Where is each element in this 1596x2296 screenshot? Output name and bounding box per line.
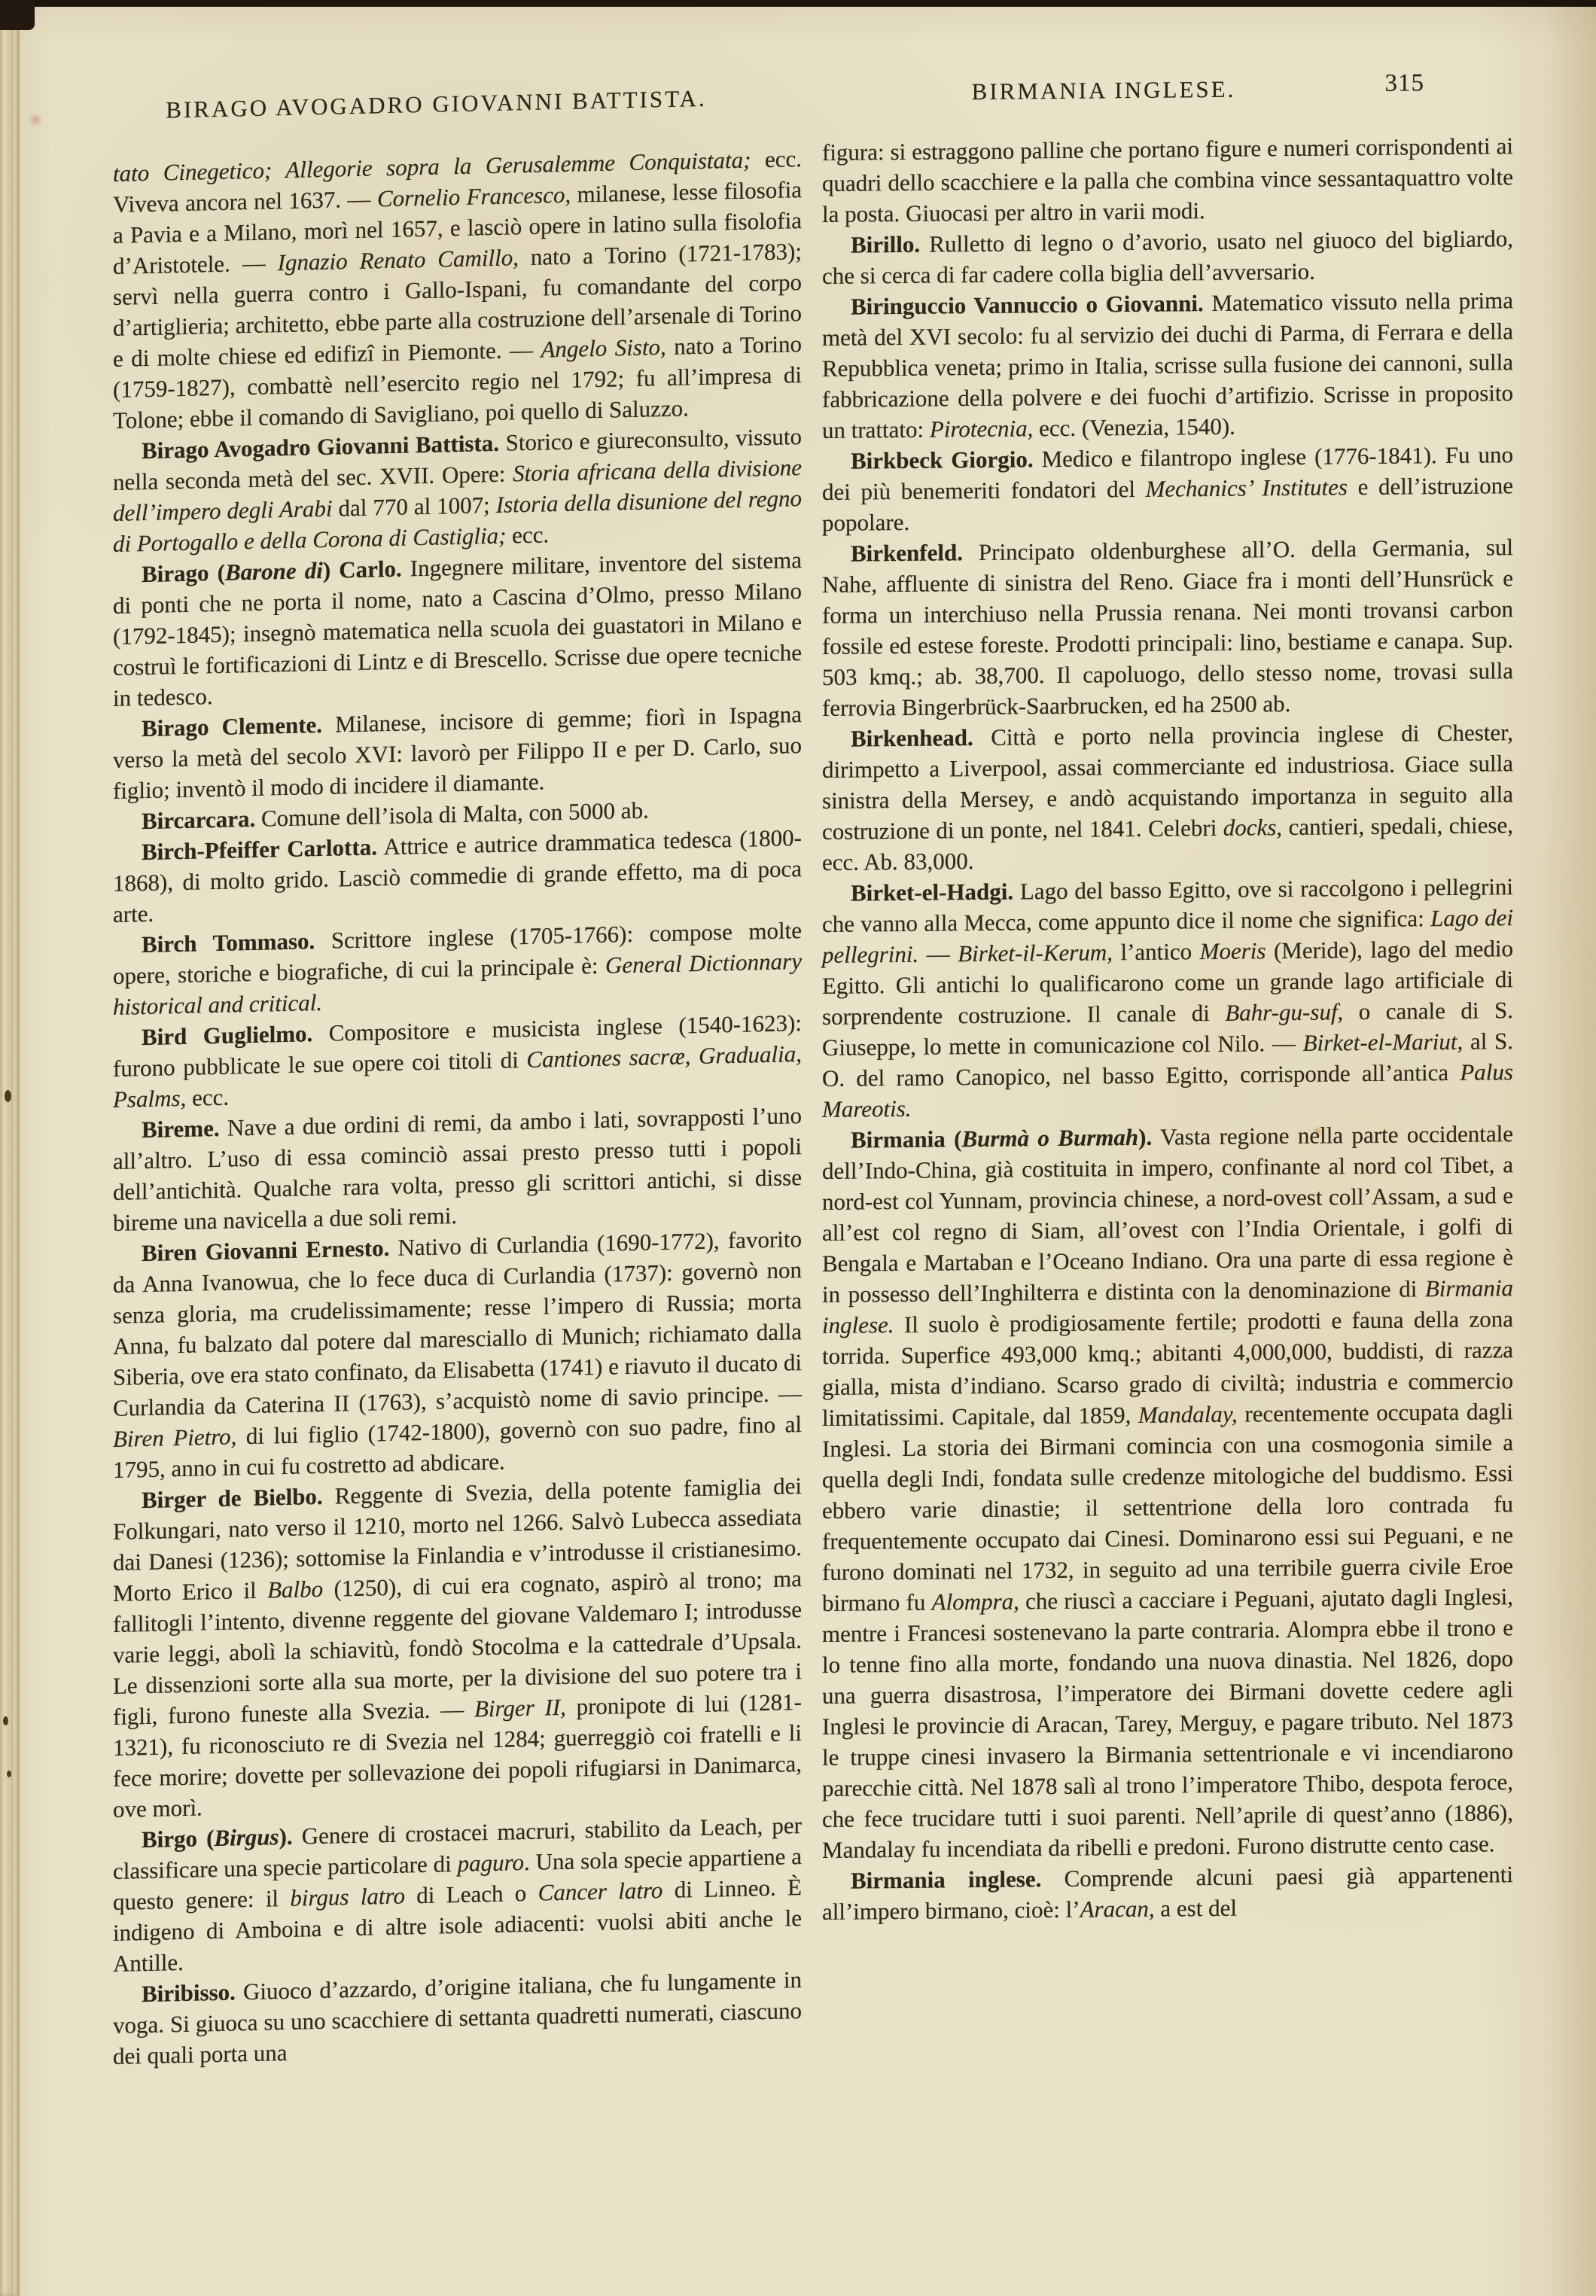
entry: Birago (Barone di) Carlo. Ingegnere mili… [113,544,802,714]
left-running-head: BIRAGO AVOGADRO GIOVANNI BATTISTA. [113,81,802,126]
entry: Bird Guglielmo. Compositore e musicista … [113,1007,802,1115]
right-header-text: BIRMANIA INGLESE. [972,76,1236,105]
left-header-text: BIRAGO AVOGADRO GIOVANNI BATTISTA. [166,85,706,123]
paper-stain [27,113,44,126]
left-column: BIRAGO AVOGADRO GIOVANNI BATTISTA. tato … [113,81,802,2072]
entry: figura: si estraggono palline che portan… [822,130,1513,230]
entry: Birger de Bielbo. Reggente di Svezia, de… [113,1470,802,1825]
entry: Birmania (Burmà o Burmah). Vasta regione… [822,1118,1513,1865]
entry: Biribisso. Giuoco d’azzardo, d’origine i… [113,1964,802,2072]
ink-speck [5,1090,11,1102]
entry: Bireme. Nave a due ordini di remi, da am… [113,1100,802,1238]
scan-corner-shadow [0,0,35,30]
entry: Birkbeck Giorgio. Medico e filantropo in… [822,439,1513,538]
right-column-entries: figura: si estraggono palline che portan… [822,130,1513,1927]
scan-top-border [0,0,1596,7]
right-running-head: BIRMANIA INGLESE. 315 [822,72,1513,108]
entry: Birch-Pfeiffer Carlotta. Attrice e autri… [113,822,802,930]
entry: Birago Avogadro Giovanni Battista. Stori… [113,421,802,559]
left-column-entries: tato Cinegetico; Allegorie sopra la Geru… [113,143,802,2072]
entry: tato Cinegetico; Allegorie sopra la Geru… [113,143,802,436]
entry: Birch Tommaso. Scrittore inglese (1705-1… [113,915,802,1022]
page-number: 315 [1385,68,1425,99]
entry: Birgo (Birgus). Genere di crostacei macr… [113,1810,802,1979]
right-column: BIRMANIA INGLESE. 315 figura: si estragg… [822,72,1513,1927]
entry: Birket-el-Hadgi. Lago del basso Egitto, … [822,871,1513,1125]
entry: Birkenfeld. Principato oldenburghese all… [822,531,1513,723]
entry: Birmania inglese. Comprende alcuni paesi… [822,1859,1513,1927]
entry: Biringuccio Vannuccio o Giovanni. Matema… [822,285,1513,446]
entry: Biren Giovanni Ernesto. Nativo di Curlan… [113,1223,802,1485]
entry: Birillo. Rulletto di legno o d’avorio, u… [822,223,1513,291]
entry: Birago Clemente. Milanese, incisore di g… [113,699,802,806]
ink-speck [3,1716,8,1725]
entry: Birkenhead. Città e porto nella provinci… [822,717,1513,878]
book-gutter-edge [0,0,20,2296]
ink-speck [7,1771,11,1777]
